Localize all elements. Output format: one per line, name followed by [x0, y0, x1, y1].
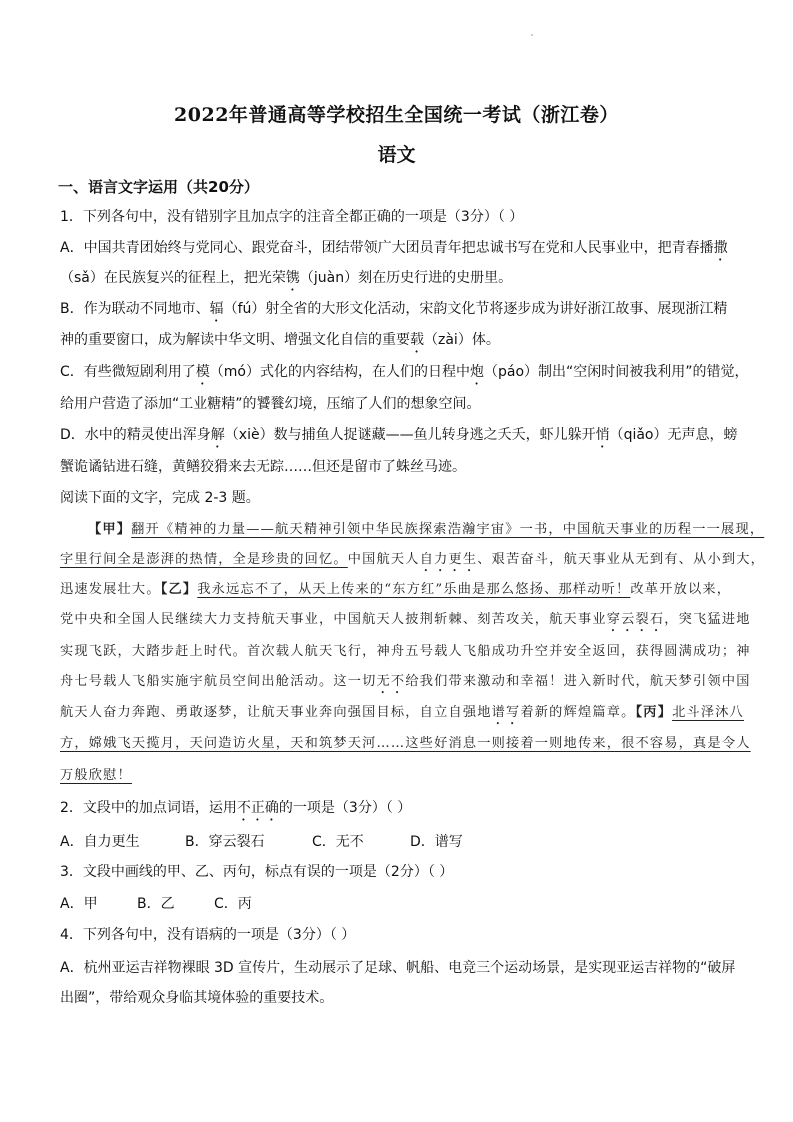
text: 航天人奋力奔跑、勇敢逐梦，让航天事业奔向强国目标，自立自强地 — [60, 705, 492, 720]
underlined-sentence: 方，嫦娥飞天揽月，天问造访火星，天和筑梦天河……这些好消息一则接着一则地传来，很… — [60, 736, 751, 751]
text: （páo）制出“空闲时间被我利用”的错觉， — [484, 364, 749, 380]
q1-option-b-line2: 神的重要窗口，成为解读中华文明、增强文化自信的重要载（zài）体。 — [60, 330, 740, 356]
dotted-word: 自力更生 — [420, 552, 478, 567]
q1-option-b-line1: B．作为联动不同地市、辐（fú）射全省的大形文化活动，宋韵文化节将逐步成为讲好浙… — [60, 299, 740, 325]
passage-line-4: 党中央和全国人民继续大力支持航天事业，中国航天人披荆斩棘、刻苦攻关，航天事业穿云… — [60, 610, 740, 635]
dotted-word: 谱写 — [492, 705, 521, 720]
passage-line-8: 方，嫦娥飞天揽月，天问造访火星，天和筑梦天河……这些好消息一则接着一则地传来，很… — [60, 734, 740, 754]
exam-title: 2022年普通高等学校招生全国统一考试（浙江卷） — [0, 100, 793, 127]
dotted-char: 辐 — [210, 301, 224, 317]
q3-stem: 3．文段中画线的甲、乙、丙句，标点有误的一项是（2分）（ ） — [60, 862, 740, 882]
text: （mó）式化的内容结构，在人们的日程中 — [210, 364, 470, 380]
text: （zài）体。 — [424, 332, 500, 348]
passage-line-9: 万般欣慰！ — [60, 766, 740, 786]
text: 改革开放以来， — [630, 582, 731, 597]
text: ，突飞猛进地 — [664, 612, 750, 627]
reading-instruction: 阅读下面的文字，完成 2-3 题。 — [60, 488, 740, 508]
text: 神的重要窗口，成为解读中华文明、增强文化自信的重要 — [60, 332, 410, 348]
text: 党中央和全国人民继续大力支持航天事业，中国航天人披荆斩棘、刻苦攻关，航天事业 — [60, 612, 607, 627]
q3-option-a: A．甲 — [60, 894, 98, 914]
text: （xiè）数与捕鱼人捉谜藏——鱼儿转身逃之夭夭，虾儿躲开 — [225, 427, 596, 443]
passage-line-2: 字里行间全是澎湃的热情，全是珍贵的回忆。中国航天人自力更生、艰苦奋斗，航天事业从… — [60, 550, 740, 575]
q1-option-d-line2: 蟹诡谲钻进石缝，黄鳝狡猾来去无踪……但还是留市了蛛丝马迹。 — [60, 457, 740, 477]
text: D．水中的精灵使出浑身 — [60, 427, 211, 443]
q2-option-d: D．谱写 — [410, 832, 463, 852]
text: 着新的辉煌篇章。 — [520, 705, 635, 720]
text: （fú）射全省的大形文化活动，宋韵文化节将逐步成为讲好浙江故事、展现浙江精 — [224, 301, 728, 317]
passage-line-6: 舟七号载人飞船实施宇航员空间出舱活动。这一切无不给我们带来激动和幸福！进入新时代… — [60, 672, 740, 697]
subject-title: 语文 — [0, 140, 793, 167]
dotted-char: 撒 — [714, 240, 728, 256]
dotted-word: 不正确 — [237, 800, 279, 816]
text: A．中国共青团始终与党同心、跟党奋斗，团结带领广大团员青年把忠诚书写在党和人民事… — [60, 240, 714, 256]
text: 给我们带来激动和幸福！进入新时代，航天梦引领中国 — [405, 674, 750, 689]
q2-option-c: C．无不 — [312, 832, 364, 852]
sentence-marker-yi: 【乙】 — [161, 582, 198, 597]
text: 中国航天人 — [348, 552, 420, 567]
dotted-char: 载 — [410, 332, 424, 348]
q1-option-d-line1: D．水中的精灵使出浑身解（xiè）数与捕鱼人捉谜藏——鱼儿转身逃之夭夭，虾儿躲开… — [60, 425, 740, 451]
text: 舟七号载人飞船实施宇航员空间出舱活动。这一切 — [60, 674, 377, 689]
text: （juàn）刻在历史行进的史册里。 — [300, 270, 512, 286]
text: C．有些微短剧利用了 — [60, 364, 196, 380]
text: 的一项是（3分）（ ） — [279, 800, 411, 816]
dotted-char: 悄 — [596, 427, 610, 443]
scan-artifact — [531, 34, 533, 36]
underlined-sentence: 字里行间全是澎湃的热情，全是珍贵的回忆。 — [60, 552, 348, 567]
q2-stem: 2．文段中的加点词语，运用不正确的一项是（3分）（ ） — [60, 798, 740, 824]
q1-option-a-line2: （sǎ）在民族复兴的征程上，把光荣镌（juàn）刻在历史行进的史册里。 — [60, 268, 740, 294]
text: 2．文段中的加点词语，运用 — [60, 800, 237, 816]
section-heading: 一、语言文字运用（共20分） — [58, 176, 259, 197]
exam-page: 2022年普通高等学校招生全国统一考试（浙江卷） 语文 一、语言文字运用（共20… — [0, 0, 793, 1122]
dotted-char: 模 — [196, 364, 210, 380]
underlined-sentence: 北斗泽沐八 — [672, 705, 744, 720]
text: （qiǎo）无声息，螃 — [610, 427, 738, 443]
sentence-marker-bing: 【丙】 — [636, 705, 673, 720]
underlined-sentence: 翻开《精神的力量——航天精神引领中华民族探索浩瀚宇宙》一书，中国航天事业的历程一… — [131, 522, 764, 537]
q4-stem: 4．下列各句中，没有语病的一项是（3分）（ ） — [60, 925, 740, 945]
text: B．作为联动不同地市、 — [60, 301, 210, 317]
q1-stem: 1．下列各句中，没有错别字且加点字的注音全都正确的一项是（3分）（ ） — [60, 207, 740, 227]
underlined-sentence: 万般欣慰！ — [60, 768, 132, 783]
q3-option-b: B．乙 — [137, 894, 175, 914]
q1-option-c-line2: 给用户营造了添加“工业糖精”的饕餮幻境，压缩了人们的想象空间。 — [60, 394, 740, 414]
q4-option-a-line1: A．杭州亚运吉祥物裸眼 3D 宣传片，生动展示了足球、帆船、电竞三个运动场景，是… — [60, 958, 740, 978]
sentence-marker-jia: 【甲】 — [88, 522, 131, 537]
q1-option-a-line1: A．中国共青团始终与党同心、跟党奋斗，团结带领广大团员青年把忠诚书写在党和人民事… — [60, 238, 740, 264]
passage-line-7: 航天人奋力奔跑、勇敢逐梦，让航天事业奔向强国目标，自立自强地谱写着新的辉煌篇章。… — [60, 703, 740, 728]
q1-option-c-line1: C．有些微短剧利用了模（mó）式化的内容结构，在人们的日程中炮（páo）制出“空… — [60, 362, 740, 388]
underlined-sentence: 我永远忘不了，从天上传来的“东方红”乐曲是那么悠扬、那样动听！ — [197, 582, 630, 597]
passage-line-5: 实现飞跃，大踏步赶上时代。首次载人航天飞行，神舟五号载人飞船成功升空并安全返回，… — [60, 642, 740, 662]
dotted-word: 穿云裂石 — [607, 612, 665, 627]
text: （sǎ）在民族复兴的征程上，把光荣 — [60, 270, 286, 286]
text: 迅速发展壮大。 — [60, 582, 161, 597]
dotted-char: 镌 — [286, 270, 300, 286]
dotted-word: 无不 — [377, 674, 406, 689]
q2-option-a: A．自力更生 — [60, 832, 140, 852]
q2-option-b: B．穿云裂石 — [185, 832, 265, 852]
text: 、艰苦奋斗，航天事业从无到有、从小到大， — [477, 552, 765, 567]
passage-line-3: 迅速发展壮大。【乙】我永远忘不了，从天上传来的“东方红”乐曲是那么悠扬、那样动听… — [60, 580, 740, 600]
q4-option-a-line2: 出圈”，带给观众身临其境体验的重要技术。 — [60, 988, 740, 1008]
dotted-char: 解 — [211, 427, 225, 443]
passage-line-1: 【甲】翻开《精神的力量——航天精神引领中华民族探索浩瀚宇宙》一书，中国航天事业的… — [88, 520, 768, 540]
dotted-char: 炮 — [470, 364, 484, 380]
q3-option-c: C．丙 — [214, 894, 252, 914]
